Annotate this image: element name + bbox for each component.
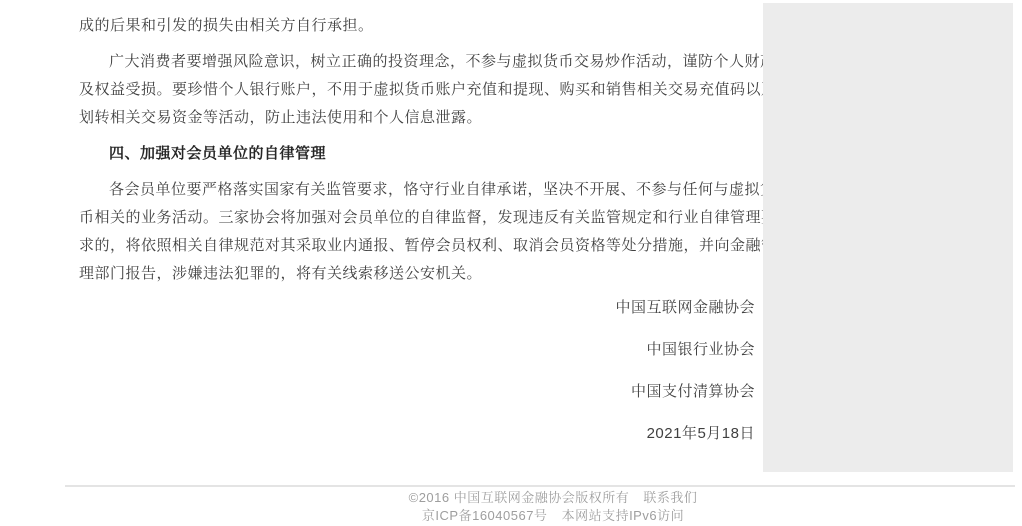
footer-icp-line: 京ICP备16040567号 本网站支持IPv6访问 <box>91 507 1015 525</box>
heading-line: 四、加强对会员单位的自律管理 <box>79 140 755 168</box>
paragraph-line: 币相关的业务活动。三家协会将加强对会员单位的自律监督，发现违反有关监管规定和行业… <box>79 204 755 232</box>
section-heading: 四、加强对会员单位的自律管理 <box>79 140 755 168</box>
paragraph: 各会员单位要严格落实国家有关监管要求，恪守行业自律承诺，坚决不开展、不参与任何与… <box>79 176 755 288</box>
copyright-text: ©2016 中国互联网金融协会版权所有 <box>409 490 630 505</box>
paragraph-line: 及权益受损。要珍惜个人银行账户，不用于虚拟货币账户充值和提现、购买和销售相关交易… <box>79 76 755 104</box>
paragraph-line: 划转相关交易资金等活动，防止违法使用和个人信息泄露。 <box>79 104 755 132</box>
paragraph-line: 各会员单位要严格落实国家有关监管要求，恪守行业自律承诺，坚决不开展、不参与任何与… <box>79 176 755 204</box>
footer-divider <box>65 485 1015 487</box>
article-body: 成的后果和引发的损失由相关方自行承担。广大消费者要增强风险意识，树立正确的投资理… <box>79 12 755 448</box>
signature-block: 中国互联网金融协会中国银行业协会中国支付清算协会2021年5月18日 <box>79 294 755 448</box>
signature-line: 中国支付清算协会 <box>79 378 755 406</box>
page: 成的后果和引发的损失由相关方自行承担。广大消费者要增强风险意识，树立正确的投资理… <box>0 0 1022 526</box>
paragraph-line: 广大消费者要增强风险意识，树立正确的投资理念，不参与虚拟货币交易炒作活动，谨防个… <box>79 48 755 76</box>
signature-line: 中国银行业协会 <box>79 336 755 364</box>
signature-line: 中国互联网金融协会 <box>79 294 755 322</box>
paragraph: 广大消费者要增强风险意识，树立正确的投资理念，不参与虚拟货币交易炒作活动，谨防个… <box>79 48 755 132</box>
paragraph-line: 理部门报告，涉嫌违法犯罪的，将有关线索移送公安机关。 <box>79 260 755 288</box>
paragraph: 成的后果和引发的损失由相关方自行承担。 <box>79 12 755 40</box>
paragraph-line: 求的，将依照相关自律规范对其采取业内通报、暂停会员权利、取消会员资格等处分措施，… <box>79 232 755 260</box>
sidebar-panel <box>763 3 1013 472</box>
ipv6-support-text: 本网站支持IPv6访问 <box>562 508 685 523</box>
page-footer: ©2016 中国互联网金融协会版权所有 联系我们 京ICP备16040567号 … <box>91 489 1015 525</box>
paragraph-line: 成的后果和引发的损失由相关方自行承担。 <box>79 12 755 40</box>
icp-number-text: 京ICP备16040567号 <box>422 508 548 523</box>
contact-us-link[interactable]: 联系我们 <box>643 490 697 505</box>
document-text: 成的后果和引发的损失由相关方自行承担。广大消费者要增强风险意识，树立正确的投资理… <box>79 12 755 288</box>
date-line: 2021年5月18日 <box>79 420 755 448</box>
footer-copyright-line: ©2016 中国互联网金融协会版权所有 联系我们 <box>91 489 1015 507</box>
